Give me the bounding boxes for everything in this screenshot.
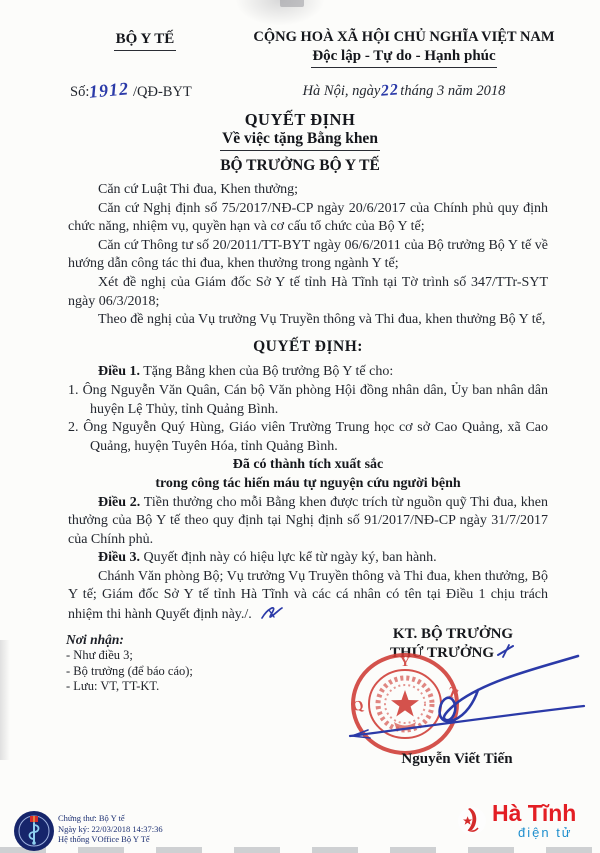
ministry-of-health-logo-icon	[13, 810, 55, 852]
article-3: Điều 3. Quyết định này có hiệu lực kể từ…	[68, 549, 548, 568]
implementation-paragraph: Chánh Văn phòng Bộ; Vụ trưởng Vụ Truyền …	[68, 568, 548, 625]
place-date-line: Hà Nội, ngày22tháng 3 năm 2018	[248, 82, 560, 100]
article-2-label: Điều 2.	[98, 495, 140, 510]
scan-edge-artifact	[0, 847, 600, 853]
document-number-suffix: /QĐ-BYT	[133, 84, 192, 100]
pen-initial-icon	[260, 605, 284, 621]
handwritten-signature	[338, 640, 590, 762]
issuing-org-name: BỘ Y TẾ	[114, 31, 177, 51]
signer-name: Nguyễn Viết Tiến	[352, 751, 562, 768]
awardee-text: Ông Nguyễn Quý Hùng, Giáo viên Trường Tr…	[83, 420, 548, 454]
awardee-item: 2. Ông Nguyễn Quý Hùng, Giáo viên Trường…	[68, 419, 548, 456]
place-date-suffix: tháng 3 năm 2018	[400, 83, 505, 99]
document-subject-wrap: Về việc tặng Bằng khen	[0, 130, 600, 151]
cert-issuer: Chứng thư: Bộ Y tế	[58, 813, 163, 824]
issuing-authority: BỘ TRƯỞNG BỘ Y TẾ	[0, 157, 600, 175]
date-day-handwritten: 22	[381, 81, 401, 101]
article-3-text: Quyết định này có hiệu lực kể từ ngày ký…	[144, 550, 437, 565]
document-number-label: Số:	[70, 84, 89, 100]
hatinh-logo-icon	[448, 796, 498, 846]
cert-system: Hệ thống VOffice Bộ Y Tế	[58, 834, 163, 845]
brand-name: Hà Tĩnh	[492, 800, 576, 827]
preamble-paragraph: Xét đề nghị của Giám đốc Sở Y tế tỉnh Hà…	[68, 274, 548, 311]
scanned-decision-document: BỘ Y TẾ CỘNG HOÀ XÃ HỘI CHỦ NGHĨA VIỆT N…	[0, 0, 600, 853]
national-motto: Độc lập - Tự do - Hạnh phúc	[311, 48, 496, 68]
document-number-line: Số:1912 /QĐ-BYT	[70, 80, 260, 101]
recipient-item: - Bộ trưởng (để báo cáo);	[66, 664, 266, 680]
recipients-label: Nơi nhận:	[66, 632, 266, 648]
article-1-text: Tặng Bằng khen của Bộ trưởng Bộ Y tế cho…	[143, 364, 393, 379]
national-motto-block: CỘNG HOÀ XÃ HỘI CHỦ NGHĨA VIỆT NAM Độc l…	[248, 29, 560, 68]
implementation-text: Chánh Văn phòng Bộ; Vụ trưởng Vụ Truyền …	[68, 569, 548, 622]
recipient-item: - Lưu: VT, TT-KT.	[66, 679, 266, 695]
article-2: Điều 2. Tiền thưởng cho mỗi Bằng khen đư…	[68, 494, 548, 550]
document-title: QUYẾT ĐỊNH	[0, 110, 600, 130]
article-2-text: Tiền thưởng cho mỗi Bằng khen được trích…	[68, 495, 548, 547]
decree-heading: QUYẾT ĐỊNH:	[68, 338, 548, 357]
recipients-block: Nơi nhận: - Như điều 3; - Bộ trưởng (để …	[66, 632, 266, 695]
issuing-org-block: BỘ Y TẾ	[70, 30, 220, 51]
achievement-line: trong công tác hiến máu tự nguyện cứu ng…	[68, 475, 548, 494]
article-1: Điều 1. Tặng Bằng khen của Bộ trưởng Bộ …	[68, 363, 548, 382]
preamble-paragraph: Căn cứ Luật Thi đua, Khen thưởng;	[68, 181, 548, 200]
awardee-marker: 1.	[68, 383, 79, 398]
article-1-label: Điều 1.	[98, 364, 140, 379]
place-date-prefix: Hà Nội, ngày	[303, 83, 381, 99]
preamble-paragraph: Theo đề nghị của Vụ trưởng Vụ Truyền thô…	[68, 311, 548, 330]
document-body: Căn cứ Luật Thi đua, Khen thưởng; Căn cứ…	[68, 181, 548, 625]
digital-certificate-block: Chứng thư: Bộ Y tế Ngày ký: 22/03/2018 1…	[58, 813, 163, 845]
awardee-item: 1. Ông Nguyễn Văn Quân, Cán bộ Văn phòng…	[68, 382, 548, 419]
brand-subtitle: điện tử	[518, 825, 573, 840]
cert-sign-date: Ngày ký: 22/03/2018 14:37:36	[58, 824, 163, 835]
achievement-line: Đã có thành tích xuất sắc	[68, 456, 548, 475]
national-title: CỘNG HOÀ XÃ HỘI CHỦ NGHĨA VIỆT NAM	[248, 29, 560, 46]
document-subject: Về việc tặng Bằng khen	[220, 130, 380, 151]
scan-artifact-tab	[280, 0, 304, 7]
article-3-label: Điều 3.	[98, 550, 140, 565]
awardee-text: Ông Nguyễn Văn Quân, Cán bộ Văn phòng Hộ…	[83, 383, 548, 417]
awardee-marker: 2.	[68, 420, 79, 435]
document-number-handwritten: 1912	[89, 78, 131, 102]
preamble-paragraph: Căn cứ Thông tư số 20/2011/TT-BYT ngày 0…	[68, 237, 548, 274]
preamble-paragraph: Căn cứ Nghị định số 75/2017/NĐ-CP ngày 2…	[68, 200, 548, 237]
recipient-item: - Như điều 3;	[66, 648, 266, 664]
scan-smudge-left	[0, 640, 10, 760]
